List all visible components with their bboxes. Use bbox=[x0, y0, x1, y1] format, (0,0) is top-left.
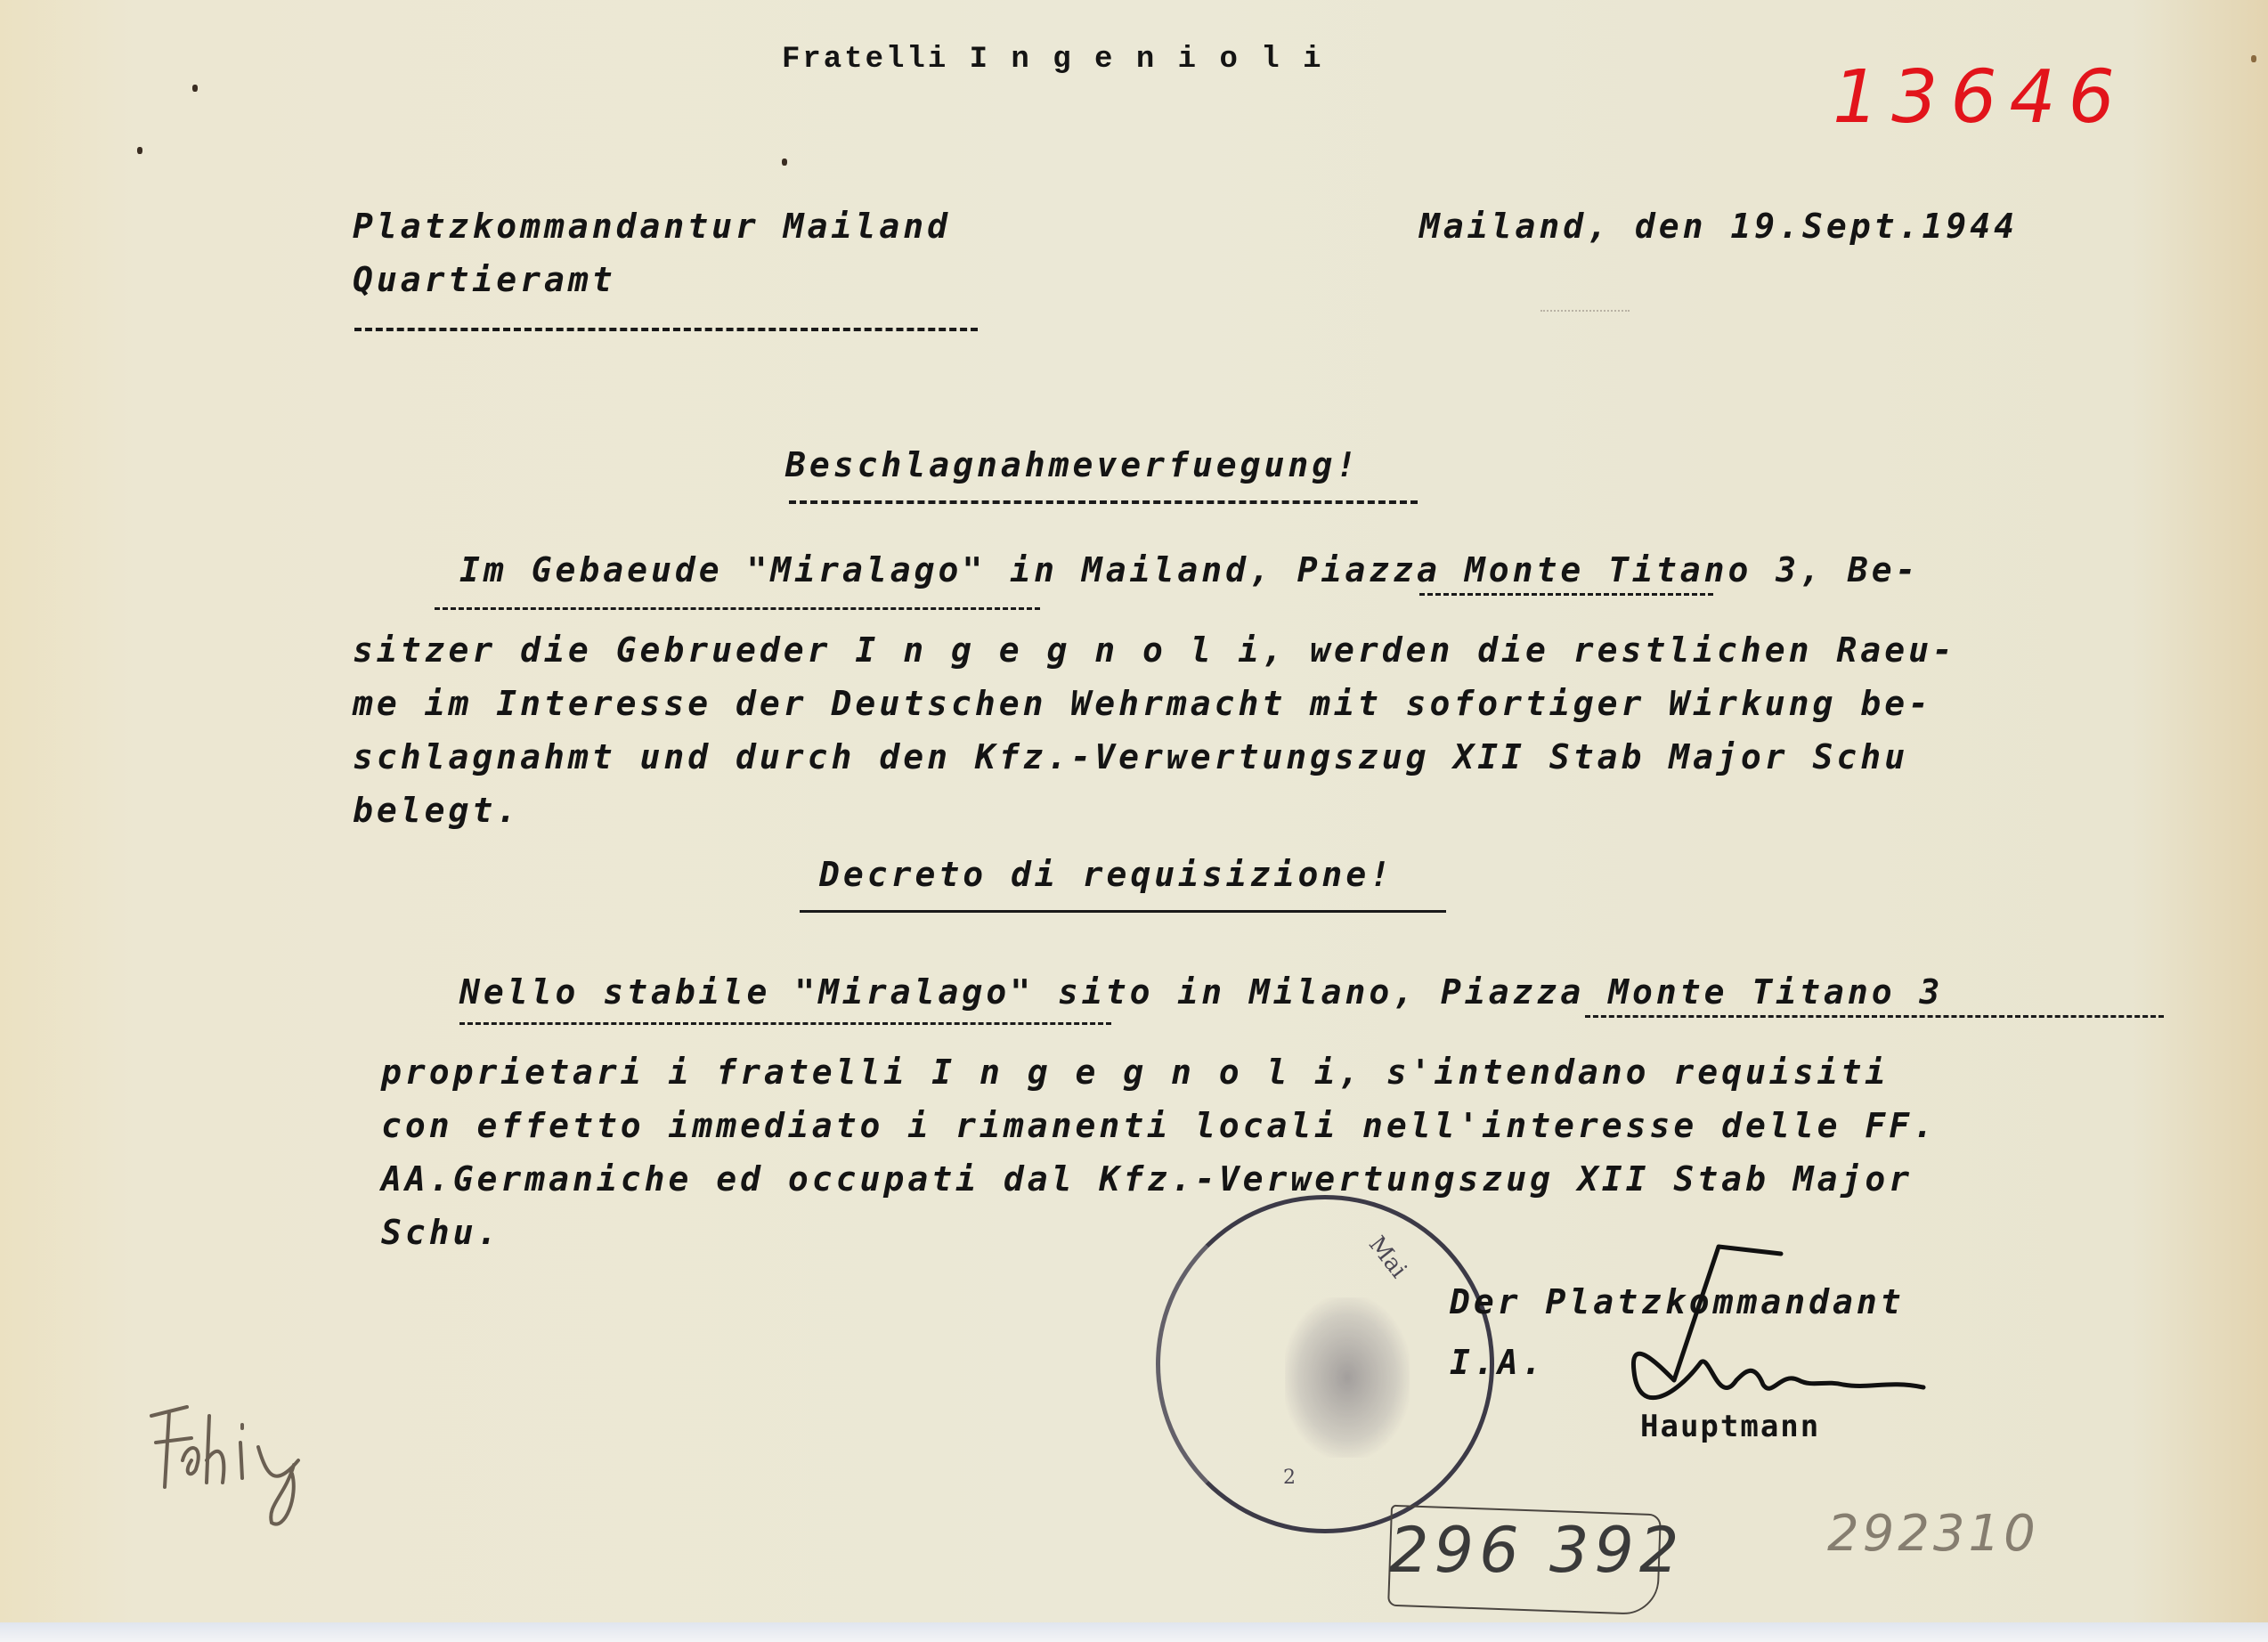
handwritten-signature-icon bbox=[1621, 1229, 1941, 1443]
scanned-document: Fratelli I n g e n i o l i 13646 Platzko… bbox=[0, 0, 2268, 1630]
stamp-number: 2 bbox=[1283, 1467, 1296, 1489]
italian-line: AA.Germaniche ed occupati dal Kfz.-Verwe… bbox=[381, 1159, 1913, 1199]
underline-address-it bbox=[1585, 1015, 2164, 1018]
eagle-emblem-icon bbox=[1285, 1297, 1410, 1458]
paper-speck bbox=[192, 85, 198, 92]
archive-number-red: 13646 bbox=[1833, 55, 2127, 140]
sender-line-1: Platzkommandantur Mailand bbox=[353, 207, 951, 246]
german-heading-underline bbox=[789, 500, 1418, 504]
letterhead: Fratelli I n g e n i o l i bbox=[782, 43, 1324, 77]
german-heading: Beschlagnahmeverfuegung! bbox=[785, 445, 1360, 484]
german-line: sitzer die Gebrueder I n g e g n o l i, … bbox=[353, 630, 1956, 670]
boxed-number: 296 392 bbox=[1389, 1514, 1684, 1587]
german-line: schlagnahmt und durch den Kfz.-Verwertun… bbox=[353, 737, 1908, 776]
paper-speck bbox=[137, 147, 142, 154]
scan-bottom-edge bbox=[0, 1622, 2268, 1642]
pencil-number: 292310 bbox=[1827, 1505, 2039, 1563]
underline-miralago-it bbox=[459, 1022, 1111, 1025]
italian-line: Schu. bbox=[381, 1213, 500, 1252]
german-line: belegt. bbox=[353, 791, 520, 830]
underline-address bbox=[1419, 593, 1713, 596]
italian-line: proprietari i fratelli I n g e g n o l i… bbox=[381, 1053, 1889, 1092]
signature-by-order: I.A. bbox=[1450, 1343, 1546, 1382]
sender-line-2: Quartieramt bbox=[353, 260, 616, 299]
stamp-text: Mai bbox=[1363, 1231, 1412, 1283]
handwritten-note-left-icon bbox=[142, 1389, 321, 1532]
paper-speck bbox=[2251, 55, 2256, 62]
paper-speck bbox=[782, 159, 787, 166]
underline-miralago bbox=[435, 607, 1040, 610]
official-stamp: Mai 2 bbox=[1156, 1195, 1494, 1533]
faint-mark bbox=[1540, 310, 1630, 312]
place-date: Mailand, den 19.Sept.1944 bbox=[1419, 207, 2018, 246]
german-line: me im Interesse der Deutschen Wehrmacht … bbox=[353, 684, 1932, 723]
italian-heading: Decreto di requisizione! bbox=[819, 855, 1394, 894]
italian-line: con effetto immediato i rimanenti locali… bbox=[381, 1106, 1937, 1145]
italian-heading-underline bbox=[800, 910, 1446, 913]
sender-underline bbox=[354, 328, 978, 331]
german-line: Im Gebaeude "Miralago" in Mailand, Piazz… bbox=[459, 550, 1920, 589]
italian-line: Nello stabile "Miralago" sito in Milano,… bbox=[459, 972, 1943, 1012]
